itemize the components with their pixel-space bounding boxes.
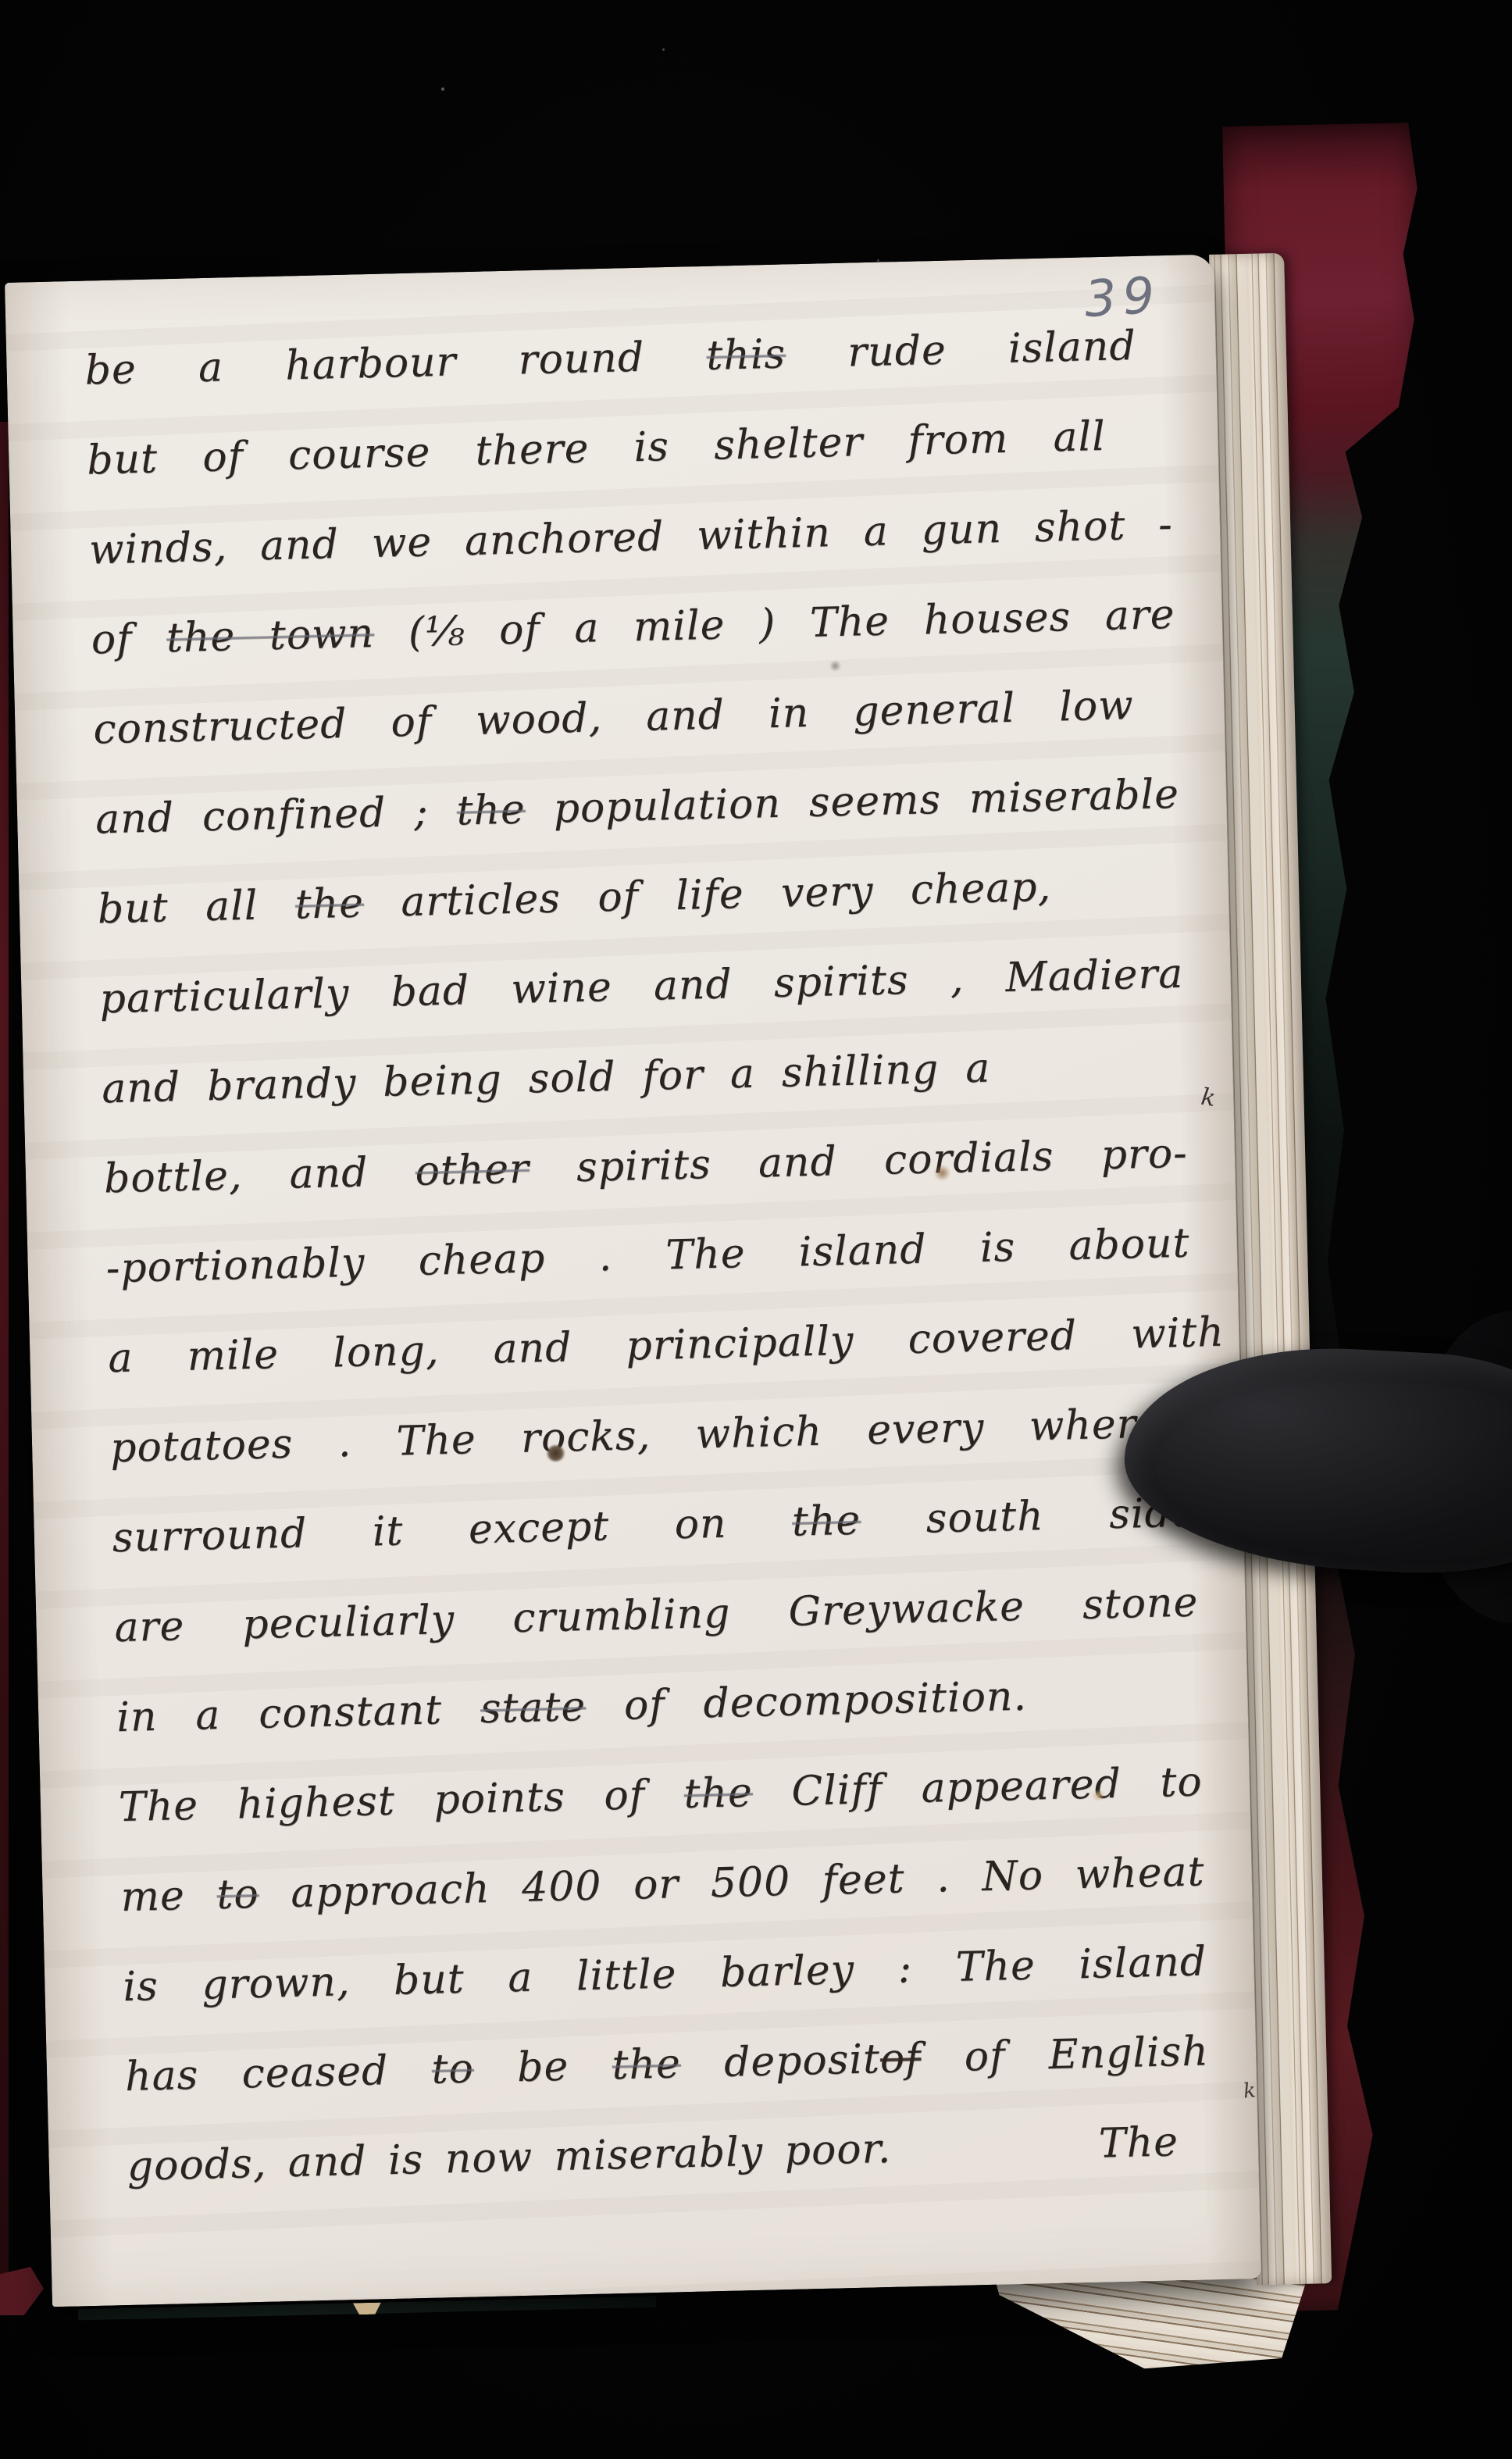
manuscript-text: rude island xyxy=(785,323,1136,378)
manuscript-text: and brandy being sold for a shilling a xyxy=(102,1045,991,1113)
manuscript-text: has ceased xyxy=(124,2047,432,2100)
manuscript-text: of xyxy=(91,615,167,663)
struck-word: the xyxy=(456,786,526,834)
photograph: 39 be a harbour round this rude islandbu… xyxy=(0,0,1512,2459)
stain xyxy=(934,1165,950,1180)
struck-word: the xyxy=(294,880,365,928)
manuscript-text: constructed of wood, and in general low xyxy=(93,682,1135,753)
manuscript-text: winds, and we anchored within a gun shot… xyxy=(88,501,1173,574)
book-cover-corner xyxy=(0,2267,44,2315)
manuscript-text: a mile long, and principally covered wit… xyxy=(108,1309,1225,1383)
manuscript-text: articles of life very cheap, xyxy=(363,864,1052,927)
stain xyxy=(829,661,841,671)
dust-speck xyxy=(877,259,879,262)
manuscript-text: but all xyxy=(97,881,295,933)
struck-word: of xyxy=(879,2035,922,2082)
ink-blot xyxy=(547,1445,565,1461)
manuscript-lines: be a harbour round this rude islandbut o… xyxy=(5,255,1261,2307)
struck-word: other xyxy=(415,1145,530,1194)
struck-word: to xyxy=(216,1871,260,1918)
manuscript-text: (⅛ of a mile ) The houses are xyxy=(373,591,1175,657)
manuscript-text: be a harbour round xyxy=(84,333,707,394)
struck-word: the town xyxy=(166,610,374,662)
manuscript-text: approach 400 or 500 feet . No wheat xyxy=(259,1848,1205,1918)
manuscript-text: but of course there is shelter from all xyxy=(87,413,1107,484)
stray-ink-mark: k xyxy=(1242,2079,1257,2103)
manuscript-text: surround it except on xyxy=(112,1499,793,1561)
manuscript-text: bottle, and xyxy=(103,1148,415,1202)
manuscript-text: spirits and cordials pro- xyxy=(529,1130,1188,1193)
manuscript-text: in a constant xyxy=(116,1686,481,1741)
manuscript-text: me xyxy=(120,1872,217,1921)
manuscript-text: population seems miserable xyxy=(525,771,1180,833)
holding-thumb xyxy=(1125,1350,1512,1570)
manuscript-text: potatoes . The rocks, which every where xyxy=(109,1401,1161,1472)
struck-word: state xyxy=(480,1683,587,1733)
book-cover-edge-left xyxy=(0,422,9,2281)
dust-speck xyxy=(662,48,665,51)
manuscript-text: deposit xyxy=(680,2036,881,2087)
manuscript-text: The highest points of xyxy=(118,1771,684,1831)
struck-word: this xyxy=(706,330,786,379)
manuscript-page: 39 be a harbour round this rude islandbu… xyxy=(5,255,1261,2307)
struck-word: the xyxy=(612,2040,682,2089)
manuscript-text: Cliff appeared to xyxy=(752,1758,1203,1816)
manuscript-text: and confined ; xyxy=(95,788,458,844)
struck-word: the xyxy=(791,1497,861,1546)
holding-thumb-tip xyxy=(1119,1337,1512,1583)
manuscript-text: are peculiarly crumbling Greywacke stone xyxy=(114,1579,1199,1651)
manuscript-text: is grown, but a little barley : The isla… xyxy=(123,1938,1207,2011)
manuscript-text: of English xyxy=(921,2028,1210,2082)
manuscript-text: goods, and is now miserably poor. xyxy=(127,2104,893,2212)
struck-word: the xyxy=(683,1769,754,1818)
manuscript-text: -portionably cheap . The island is about xyxy=(105,1220,1190,1293)
manuscript-text: particularly bad wine and spirits , Madi… xyxy=(99,951,1184,1023)
manuscript-text: of decomposition. xyxy=(585,1673,1027,1730)
dust-speck xyxy=(441,87,444,91)
struck-word: to xyxy=(431,2045,475,2093)
manuscript-text: be xyxy=(473,2042,612,2092)
manuscript-text: The xyxy=(1098,2097,1180,2189)
stain xyxy=(1092,1790,1105,1801)
